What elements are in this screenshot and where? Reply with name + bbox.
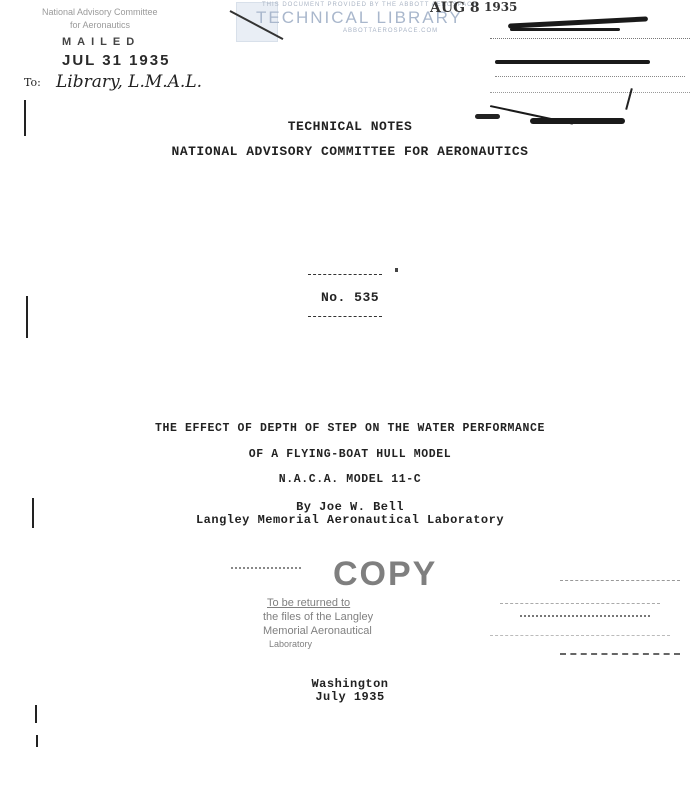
bleed-through-marks — [460, 575, 690, 655]
rule-below-number — [308, 316, 382, 318]
routing-scribbles — [490, 10, 700, 130]
stamp-to-label: To: — [24, 76, 41, 89]
title-line2: OF A FLYING-BOAT HULL MODEL — [0, 448, 700, 461]
series-heading: TECHNICAL NOTES — [0, 119, 700, 134]
mailing-stamp: National Advisory Committee for Aeronaut… — [20, 2, 250, 102]
speck — [395, 268, 398, 272]
author-byline: By Joe W. Bell — [0, 500, 700, 514]
rule-above-number — [308, 274, 382, 276]
organization-heading: NATIONAL ADVISORY COMMITTEE FOR AERONAUT… — [0, 144, 700, 159]
stamp-mailed: MAILED — [62, 36, 140, 48]
received-stamp-date: AUG 8 — [430, 0, 480, 16]
copy-stamp-word: COPY — [333, 555, 437, 594]
publication-date: July 1935 — [0, 690, 700, 704]
title-line3: N.A.C.A. MODEL 11-C — [0, 473, 700, 486]
stamp-org-line: National Advisory Committee — [42, 7, 158, 17]
note-number: No. 535 — [0, 290, 700, 305]
stamp-to-value: Library, L.M.A.L. — [56, 72, 202, 92]
copy-stamp-line4: Laboratory — [269, 639, 312, 649]
copy-stamp-line1: To be returned to — [267, 597, 350, 609]
stamp-org-line2: for Aeronautics — [70, 20, 130, 30]
watermark-url: ABBOTTAEROSPACE.COM — [343, 28, 438, 34]
ink-mark — [475, 114, 500, 119]
publication-place: Washington — [0, 677, 700, 691]
title-line1: THE EFFECT OF DEPTH OF STEP ON THE WATER… — [0, 422, 700, 435]
margin-mark — [35, 705, 37, 723]
copy-stamp-line3: Memorial Aeronautical — [263, 625, 372, 637]
margin-mark — [36, 735, 38, 747]
author-affiliation: Langley Memorial Aeronautical Laboratory — [0, 513, 700, 527]
copy-stamp-line2: the files of the Langley — [263, 611, 373, 623]
stamp-date: JUL 31 1935 — [62, 52, 170, 69]
